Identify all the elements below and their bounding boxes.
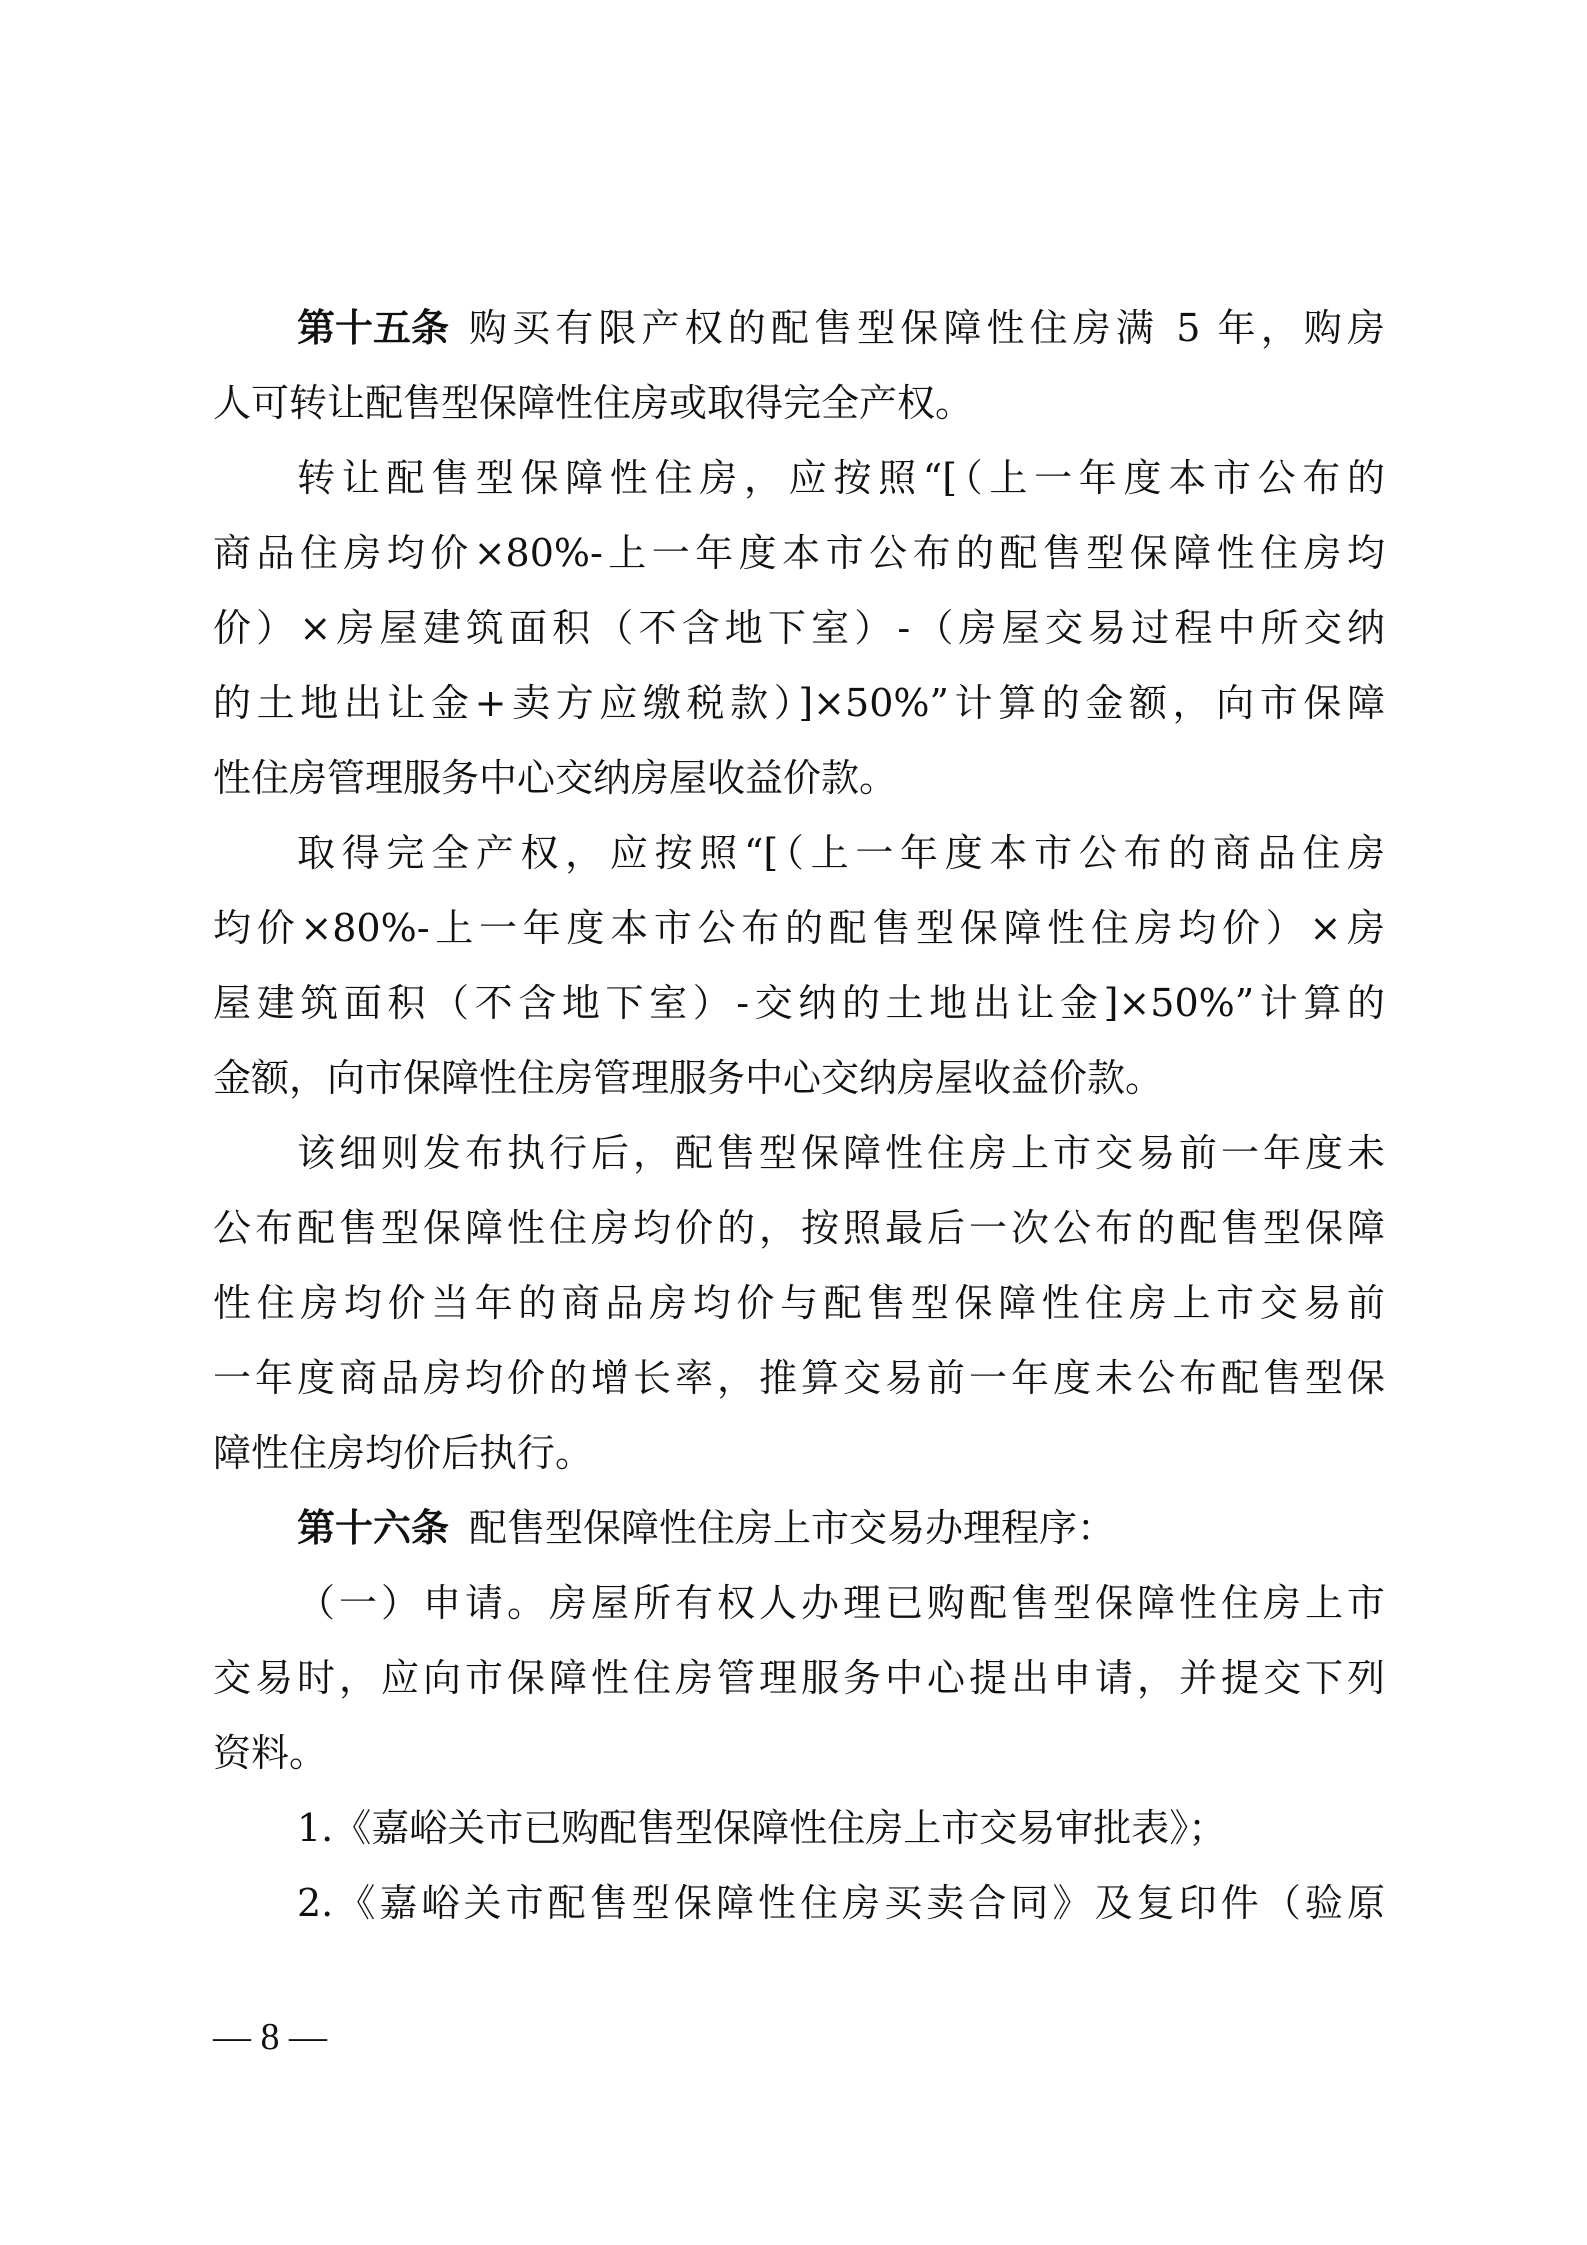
article-heading: 第十六条 xyxy=(297,1502,449,1577)
transfer-paragraph: 转让配售型保障性住房，应按照“[（上一年度本市公布的 商品住房均价×80%-上一… xyxy=(213,452,1385,827)
text-line: 性住房管理服务中心交纳房屋收益价款。 xyxy=(213,752,1385,827)
full-ownership-paragraph: 取得完全产权，应按照“[（上一年度本市公布的商品住房 均价×80%-上一年度本市… xyxy=(213,827,1385,1127)
article-heading: 第十五条 xyxy=(297,302,449,377)
text-line: （一）申请。房屋所有权人办理已购配售型保障性住房上市 xyxy=(213,1577,1385,1652)
text-line: 的土地出让金+卖方应缴税款）]×50%”计算的金额，向市保障 xyxy=(213,677,1385,752)
list-item: 2.《嘉峪关市配售型保障性住房买卖合同》及复印件（验原 xyxy=(213,1877,1385,1952)
page-number: — 8 — xyxy=(213,2015,327,2059)
article-16-paragraph: 第十六条 配售型保障性住房上市交易办理程序： xyxy=(213,1502,1385,1577)
article-15-paragraph: 第十五条 购买有限产权的配售型保障性住房满 5 年，购房 人可转让配售型保障性住… xyxy=(213,302,1385,452)
implementation-paragraph: 该细则发布执行后，配售型保障性住房上市交易前一年度未 公布配售型保障性住房均价的… xyxy=(213,1127,1385,1502)
application-paragraph: （一）申请。房屋所有权人办理已购配售型保障性住房上市 交易时，应向市保障性住房管… xyxy=(213,1577,1385,1802)
text-line: 取得完全产权，应按照“[（上一年度本市公布的商品住房 xyxy=(213,827,1385,902)
text-line: 第十六条 配售型保障性住房上市交易办理程序： xyxy=(213,1502,1385,1577)
text-line: 第十五条 购买有限产权的配售型保障性住房满 5 年，购房 xyxy=(213,302,1385,377)
text-line: 交易时，应向市保障性住房管理服务中心提出申请，并提交下列 xyxy=(213,1652,1385,1727)
text-line: 性住房均价当年的商品房均价与配售型保障性住房上市交易前 xyxy=(213,1277,1385,1352)
text-line: 商品住房均价×80%-上一年度本市公布的配售型保障性住房均 xyxy=(213,527,1385,602)
text-line: 一年度商品房均价的增长率，推算交易前一年度未公布配售型保 xyxy=(213,1352,1385,1427)
text-line: 价）×房屋建筑面积（不含地下室）-（房屋交易过程中所交纳 xyxy=(213,602,1385,677)
text-line: 1.《嘉峪关市已购配售型保障性住房上市交易审批表》； xyxy=(213,1802,1385,1877)
text-line: 人可转让配售型保障性住房或取得完全产权。 xyxy=(213,377,1385,452)
text-line: 2.《嘉峪关市配售型保障性住房买卖合同》及复印件（验原 xyxy=(213,1877,1385,1952)
document-body: 第十五条 购买有限产权的配售型保障性住房满 5 年，购房 人可转让配售型保障性住… xyxy=(213,302,1385,1952)
text-line: 障性住房均价后执行。 xyxy=(213,1427,1385,1502)
text-line: 该细则发布执行后，配售型保障性住房上市交易前一年度未 xyxy=(213,1127,1385,1202)
document-page: 第十五条 购买有限产权的配售型保障性住房满 5 年，购房 人可转让配售型保障性住… xyxy=(0,0,1587,2245)
text-line: 屋建筑面积（不含地下室）-交纳的土地出让金]×50%”计算的 xyxy=(213,977,1385,1052)
text-line: 公布配售型保障性住房均价的，按照最后一次公布的配售型保障 xyxy=(213,1202,1385,1277)
text-line: 金额，向市保障性住房管理服务中心交纳房屋收益价款。 xyxy=(213,1052,1385,1127)
text-line: 转让配售型保障性住房，应按照“[（上一年度本市公布的 xyxy=(213,452,1385,527)
text-line: 资料。 xyxy=(213,1727,1385,1802)
list-item: 1.《嘉峪关市已购配售型保障性住房上市交易审批表》； xyxy=(213,1802,1385,1877)
text-line: 均价×80%-上一年度本市公布的配售型保障性住房均价）×房 xyxy=(213,902,1385,977)
